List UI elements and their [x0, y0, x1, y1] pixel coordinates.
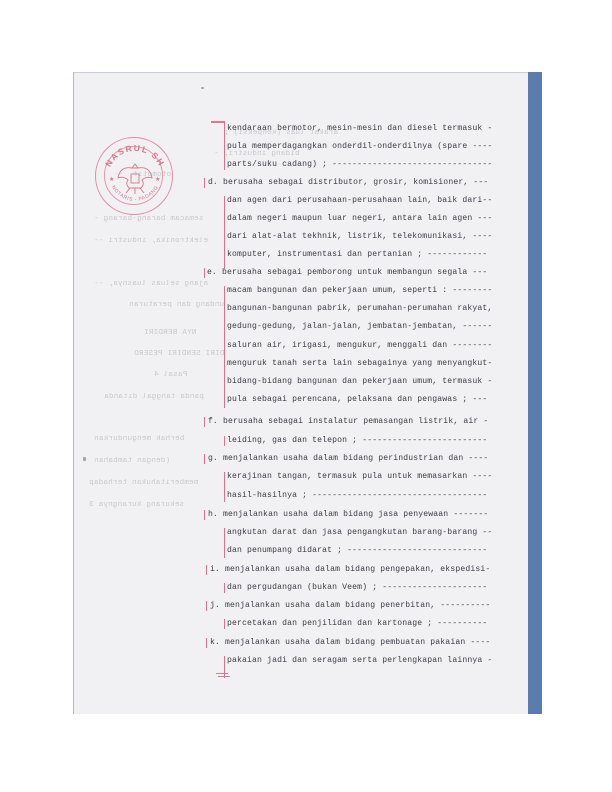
margin-marker [206, 565, 207, 575]
margin-tick-top [211, 121, 224, 123]
text-line: gedung-gedung, jalan-jalan, jembatan-jem… [227, 322, 492, 332]
text-line: berusaha sebagai instalatur pemasangan l… [223, 417, 488, 427]
text-line: leiding, gas dan telepon ; -------------… [227, 436, 487, 446]
bleed-line: memberitahukan terhadap [89, 479, 198, 487]
text-line: angkutan darat dan jasa pengangkutan bar… [227, 528, 492, 538]
garuda-emblem-icon: NASRUL SH NOTARIS - PADANG ★ ★ [96, 138, 174, 216]
text-line: macam bangunan dan pekerjaan umum, seper… [227, 286, 492, 296]
text-line: bangunan-bangunan pabrik, perumahan-peru… [227, 304, 492, 314]
list-item-letter: j. [210, 601, 220, 611]
bleed-line: Pasal 4 [154, 371, 187, 379]
text-line: dan penumpang didarat ; ----------------… [227, 546, 487, 556]
margin-marker [224, 583, 225, 593]
margin-marker [224, 436, 225, 446]
text-line: pula sebagai perencana, pelaksana dan pe… [227, 395, 487, 405]
scanner-background-strip [526, 72, 542, 714]
margin-marker [204, 417, 205, 427]
bleed-line: sekurang kurangnya 3 [89, 501, 184, 509]
margin-marker [224, 472, 225, 502]
text-line: dari alat-alat tekhnik, listrik, telekom… [227, 232, 492, 242]
dust-speck [201, 87, 204, 89]
bleed-line: ajang seluas luasnya, -- [94, 280, 208, 288]
margin-tick-bottom [218, 676, 230, 677]
bleed-line: (dengan tambahan [94, 457, 170, 465]
text-line: menjalankan usaha dalam bidang pengepaka… [225, 565, 490, 575]
bleed-line: DIRI SENDIRI PESERO [134, 350, 224, 358]
text-line: berusaha sebagai pemborong untuk membang… [222, 268, 487, 278]
bleed-line: semacam barang-barang - [94, 215, 203, 223]
margin-marker [224, 286, 225, 408]
margin-marker [204, 510, 205, 520]
scanned-document-image: arakat luas (konpeksi) ; bidang industri… [0, 0, 612, 792]
bleed-line: elektronika, industri -- [94, 237, 208, 245]
text-line: percetakan dan penjilidan dan kartonage … [227, 619, 487, 629]
margin-tick-bottom [216, 673, 228, 674]
text-line: bidang-bidang bangunan dan pekerjaan umu… [227, 377, 492, 387]
margin-marker [204, 454, 205, 464]
text-line: parts/suku cadang) ; -------------------… [227, 160, 492, 170]
list-item-letter: k. [210, 638, 220, 648]
margin-marker [224, 619, 225, 629]
margin-marker [224, 196, 225, 269]
text-line: saluran air, irigasi, mengukur, menggali… [227, 341, 492, 351]
list-item-letter: g. [208, 454, 218, 464]
svg-text:★: ★ [155, 176, 160, 183]
bleed-line: undang dan peraturan [129, 301, 224, 309]
text-line: menguruk tanah serta lain sebagainya yan… [227, 359, 492, 369]
margin-marker [224, 121, 225, 170]
margin-marker [204, 178, 205, 188]
text-line: menjalankan usaha dalam bidang pembuatan… [225, 638, 490, 648]
bleed-line: berhak mengundurkan [94, 435, 184, 443]
list-item-letter: d. [208, 178, 218, 188]
text-line: dan agen dari perusahaan-perusahaan lain… [227, 196, 492, 206]
notary-stamp: NASRUL SH NOTARIS - PADANG ★ ★ [95, 137, 173, 215]
text-line: pakaian jadi dan seragam serta perlengka… [227, 656, 492, 666]
margin-marker [224, 528, 225, 558]
margin-marker [204, 268, 205, 278]
text-line: kendaraan bermotor, mesin-mesin dan dies… [227, 124, 492, 134]
bleed-line: NYA BERDIRI [144, 329, 196, 337]
text-line: pula memperdagangkan onderdil-onderdilny… [227, 142, 492, 152]
list-item-letter: f. [208, 417, 218, 427]
text-line: menjalankan usaha dalam bidang penerbita… [225, 601, 490, 611]
svg-text:★: ★ [109, 176, 114, 183]
text-line: berusaha sebagai distributor, grosir, ko… [223, 178, 488, 188]
margin-marker [224, 656, 225, 678]
bleed-line: panda tanggal ditanda [104, 393, 204, 401]
margin-marker [206, 601, 207, 611]
text-line: dalam negeri maupun luar negeri, antara … [227, 214, 492, 224]
list-item-letter: e. [207, 268, 217, 278]
text-line: hasil-hasilnya ; -----------------------… [227, 491, 487, 501]
text-line: kerajinan tangan, termasuk pula untuk me… [227, 472, 492, 482]
text-line: menjalankan usaha dalam bidang perindust… [223, 454, 488, 464]
list-item-letter: h. [208, 510, 218, 520]
text-line: dan pergudangan (bukan Veem) ; ---------… [227, 583, 487, 593]
list-item-letter: i. [210, 565, 220, 575]
text-line: menjalankan usaha dalam bidang jasa peny… [223, 510, 488, 520]
dust-speck [83, 457, 86, 461]
text-line: komputer, instrumentasi dan pertanian ; … [227, 250, 487, 260]
margin-marker [206, 638, 207, 648]
